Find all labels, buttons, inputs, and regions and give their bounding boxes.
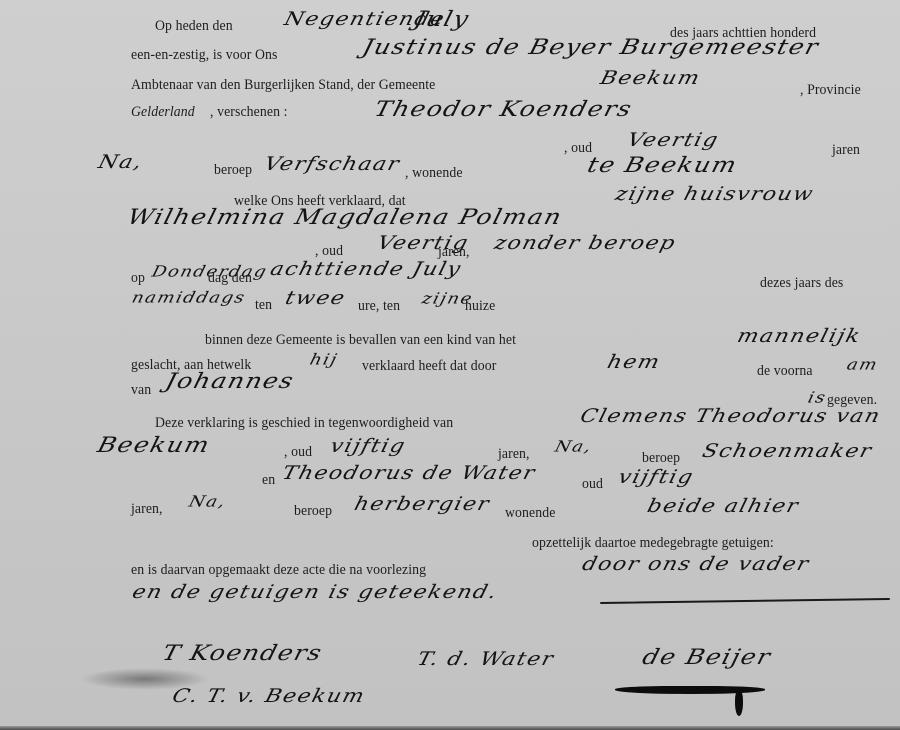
printed-text: en [262,472,275,489]
printed-text: Op heden den [155,18,233,35]
printed-text: jaren, [498,446,530,463]
birth-record-page: Op heden den Negentiende July des jaars … [0,0,900,730]
printed-text: wonende [505,505,555,522]
handwritten-month: July [412,6,472,31]
printed-text: huize [465,298,495,315]
handwritten-witness2-residence: beide alhier [645,496,801,517]
handwritten-part-of-day: namiddags [130,289,248,307]
printed-text: beroep [642,450,680,467]
handwritten-child-name: Johannes [163,368,297,393]
printed-text: een-en-zestig, is voor Ons [131,47,277,64]
handwritten-witness2-age: vijftig [616,467,696,488]
handwritten-official: Justinus de Beyer Burgemeester [360,34,822,59]
printed-text: en is daarvan opgemaakt deze acte die na… [131,562,426,579]
handwritten-is: is [806,389,828,407]
handwritten-witness1-age: vijftig [328,436,408,457]
printed-text: oud [582,476,603,493]
handwritten-witness1-surname: Beekum [95,432,213,457]
printed-text: , wonende [405,165,463,182]
printed-text: binnen deze Gemeente is bevallen van een… [205,332,516,349]
signature-witness2: T. d. Water [415,649,557,670]
handwritten-witness2-occupation: herbergier [352,494,492,515]
printed-text: opzettelijk daartoe medegebragte getuige… [532,535,774,552]
ink-drip [735,690,743,716]
printed-text: van [131,382,151,399]
handwritten-hour: twee [283,288,348,309]
printed-text: Deze verklaring is geschied in tegenwoor… [155,415,453,432]
printed-text: , oud [315,243,343,260]
handwritten-occupation: Verfschaar [262,154,402,175]
page-bottom-edge [0,726,900,730]
handwritten-wife-ref: zijne huisvrouw [613,184,816,205]
handwritten-declarant-age: Veertig [625,130,721,151]
handwritten-mother: Wilhelmina Magdalena Polman [125,204,565,229]
closing-rule [600,598,890,604]
printed-province: Gelderland [131,104,195,121]
printed-text: beroep [214,162,252,179]
signature-witness1: C. T. v. Beekum [170,686,368,707]
ink-smudge [80,668,210,690]
handwritten-declarant: Theodor Koenders [372,96,635,121]
handwritten-birth-date: achttiende July [268,259,464,280]
printed-text: beroep [294,503,332,520]
printed-text: , oud [284,444,312,461]
handwritten-closing-2: en de getuigen is geteekend. [130,582,500,603]
printed-text: , verschenen : [210,104,288,121]
handwritten-pronoun: hij [308,351,340,369]
printed-text: jaren [832,142,860,159]
handwritten-witness1: Clemens Theodorus van [578,406,883,427]
signature-declarant: T Koenders [160,640,325,665]
printed-text: jaren, [131,501,163,518]
handwritten-mother-occupation: zonder beroep [492,233,678,254]
printed-text: Ambtenaar van den Burgerlijken Stand, de… [131,77,435,94]
handwritten-witness2: Theodorus de Water [280,463,538,484]
handwritten-by-whom: hem [605,352,663,373]
handwritten-municipality: Beekum [598,68,703,89]
handwritten-witness2-mark: Na, [187,493,228,511]
printed-text: ure, ten [358,298,400,315]
printed-text: verklaard heeft dat door [362,358,496,375]
signature-official: de Beijer [640,644,774,669]
handwritten-margin-mark: Na, [96,152,145,173]
printed-text: , Provincie [800,82,861,99]
printed-text: op [131,270,145,287]
handwritten-residence: te Beekum [585,152,740,177]
printed-text: , oud [564,140,592,157]
handwritten-name-suffix: am [845,356,880,374]
handwritten-witness1-mark: Na, [553,438,594,456]
ink-flourish [615,686,765,694]
printed-text: dag den [208,270,252,287]
printed-text: ten [255,297,272,314]
printed-text: dezes jaars des [760,275,843,292]
printed-text: de voorna [757,363,813,380]
handwritten-sex: mannelijk [735,326,863,347]
handwritten-witness1-occupation: Schoenmaker [700,441,875,462]
handwritten-closing-1: door ons de vader [580,554,812,575]
